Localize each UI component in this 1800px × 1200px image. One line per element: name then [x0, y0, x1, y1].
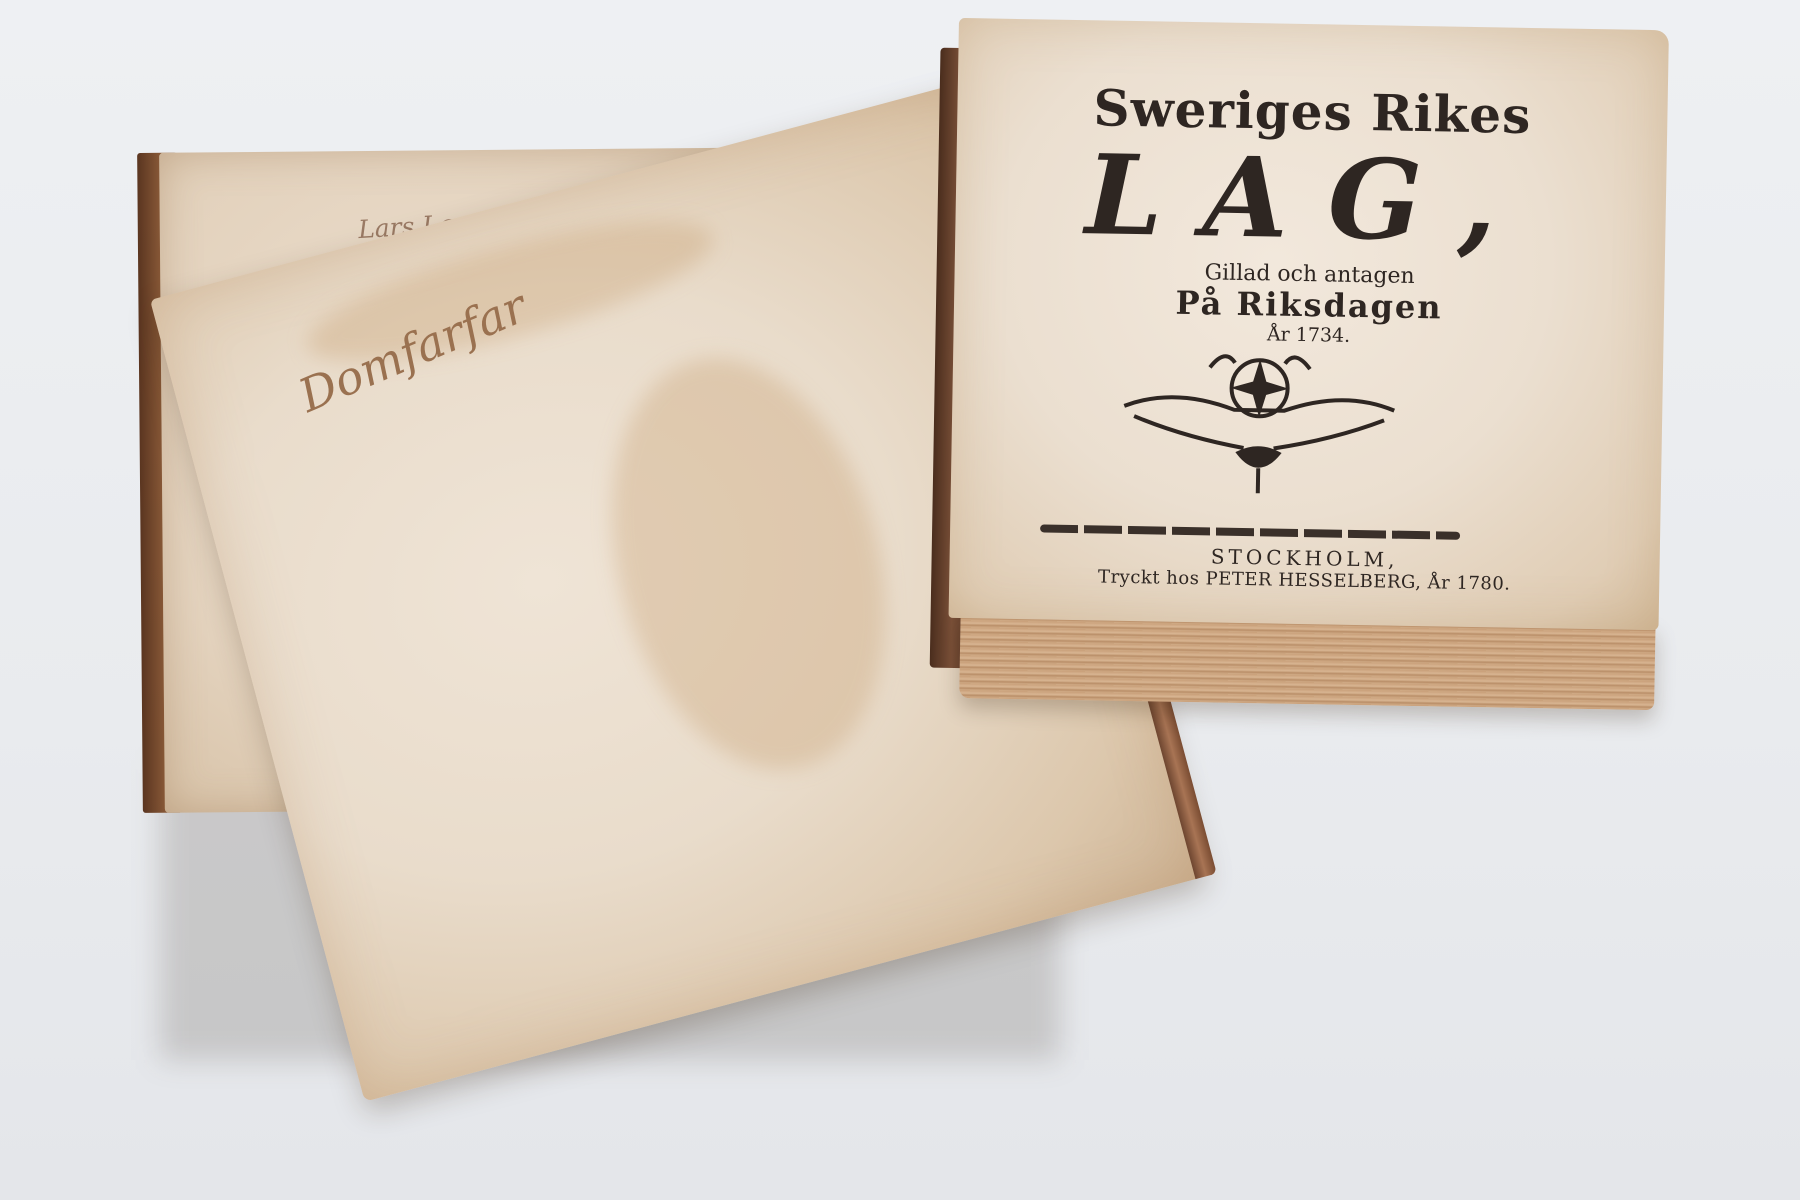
right-book: Sweriges Rikes LAG, Gillad och antagen P… [929, 18, 1676, 716]
ornament-icon [1113, 346, 1406, 501]
title-line-2: LAG, [955, 128, 1667, 269]
water-stain [569, 328, 929, 801]
